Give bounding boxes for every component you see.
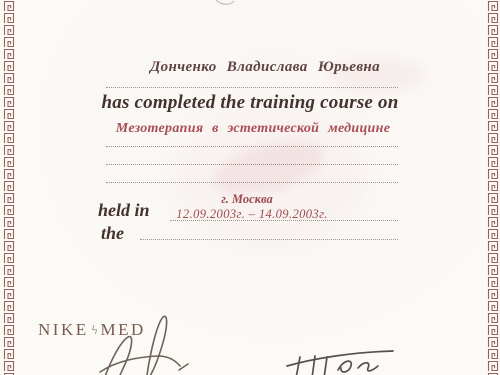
greek-key-border-left [3,0,15,375]
recipient-rule-line [106,87,398,88]
completion-text: has completed the training course on [0,92,500,114]
date-rule-line [140,239,398,240]
held-in-rule-line [170,220,398,221]
certificate-page: Донченко Владислава Юрьевна has complete… [0,0,500,375]
scan-artifact [216,0,234,4]
lightning-slash-icon: ϟ [89,322,101,337]
signature-right [0,0,500,375]
date-line-label: the [101,223,124,244]
course-title: Мезотерапия в эстетической медицине [6,121,500,137]
nike-med-logo: NIKEϟMED [38,320,146,340]
course-rule-line [106,146,398,147]
signature-left [0,0,500,375]
recipient-name: Донченко Владислава Юрьевна [30,59,500,76]
logo-word-nike: NIKE [38,320,89,339]
held-in-value: г. Москва [0,192,494,207]
course-rule-line [106,164,398,165]
greek-key-border-right [487,0,499,375]
logo-word-med: MED [100,320,145,339]
course-rule-line [106,182,398,183]
